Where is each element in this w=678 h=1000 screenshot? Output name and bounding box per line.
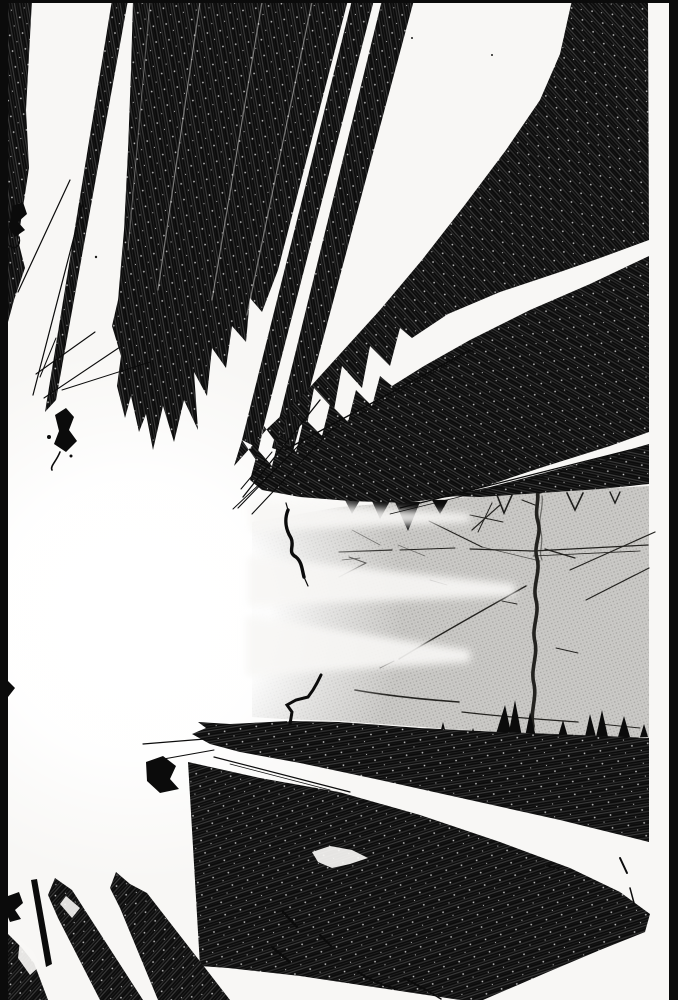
ground-mark [620, 858, 627, 873]
paper-fleck [586, 39, 589, 42]
left-frame-strip [0, 0, 8, 1000]
paper-fleck [411, 37, 413, 39]
right-frame-strip [669, 0, 678, 1000]
paper-fleck [221, 309, 223, 311]
speed-hairline [18, 180, 70, 292]
debris-dot [47, 435, 51, 439]
manga-panel-artwork [0, 0, 678, 1000]
speed-beam-left-sliver [8, 0, 32, 322]
paper-fleck [95, 256, 97, 258]
manga-page [0, 0, 678, 1000]
debris-dot [70, 455, 73, 458]
top-frame-line [0, 0, 678, 3]
paper-fleck [491, 54, 493, 56]
